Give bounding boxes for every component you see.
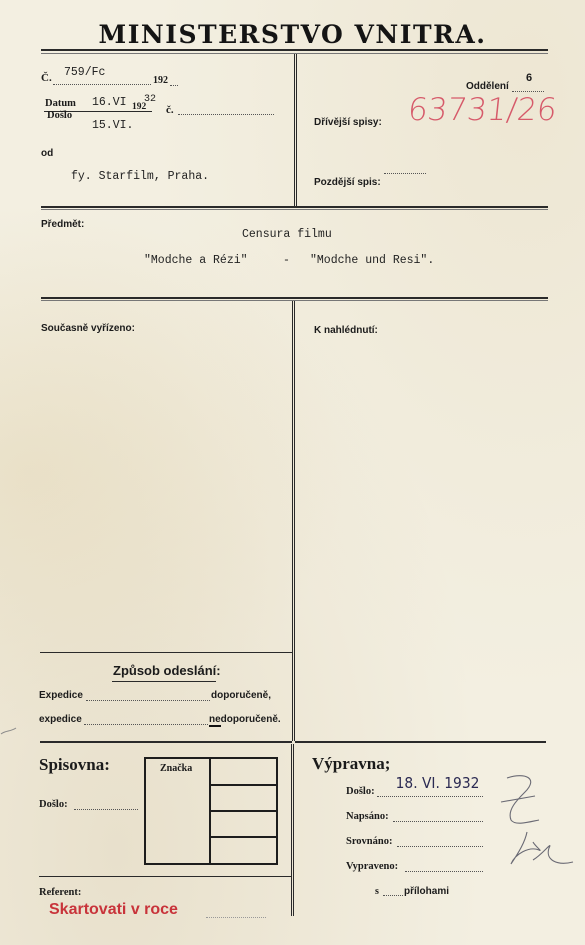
oddeleni-label: Oddělení <box>466 81 509 92</box>
sending-title: Způsob odeslání: <box>113 663 221 678</box>
prilohy-dots <box>383 895 403 896</box>
doslo-date-stamp: 18. VI. 1932 <box>396 774 480 792</box>
pozdejsi-dots <box>384 173 426 174</box>
drivejsi-spisy-label: Dřívější spisy: <box>314 117 382 128</box>
cislo-value: 759/Fc <box>64 66 105 79</box>
rule-referent <box>39 876 291 877</box>
subject-line-2-right: "Modche und Resi". <box>310 254 434 267</box>
od-value: fy. Starfilm, Praha. <box>71 170 209 183</box>
divider-bottom <box>291 744 292 916</box>
nedoporucene-suffix: doporučeně. <box>221 714 281 725</box>
od-label: od <box>41 148 53 159</box>
datum-value: 16.VI <box>92 96 127 109</box>
doporucene-option[interactable]: doporučeně, <box>211 690 271 701</box>
divider-bottom-b <box>293 744 294 916</box>
predmet-label: Předmět: <box>41 219 84 230</box>
divider-top <box>294 54 295 206</box>
prilohy-prefix: s <box>375 886 379 897</box>
napsano-dots <box>393 821 483 822</box>
doslo-label: Došlo <box>47 110 72 121</box>
spisovna-doslo-dots <box>74 809 138 810</box>
ministry-title: MINISTERSTVO VNITRA. <box>0 20 585 49</box>
rule-subject-top <box>41 206 548 208</box>
datum-c-dots <box>178 114 274 115</box>
znacka-row-4 <box>211 836 276 838</box>
expedice-label-2: expedice <box>39 714 82 725</box>
divider-middle <box>292 301 293 741</box>
datum-c-label: č. <box>166 104 174 116</box>
skartovati-dots <box>206 917 266 918</box>
datum-year-suffix: 32 <box>144 94 156 105</box>
srovnano-dots <box>397 846 483 847</box>
skartovati-label: Skartovati v roce <box>49 901 178 919</box>
znacka-row-3 <box>211 810 276 812</box>
k-nahlednuti-label: K nahlédnutí: <box>314 325 378 336</box>
srovnano-label: Srovnáno: <box>346 836 393 847</box>
rule-subject-bottom <box>41 297 548 299</box>
expedice-label-1: Expedice <box>39 690 83 701</box>
rule-bottom-left <box>40 741 292 743</box>
rule-subject-top-thin <box>41 209 548 210</box>
subject-line-2-sep: - <box>283 254 290 267</box>
pozdejsi-spis-label: Pozdější spis: <box>314 177 381 188</box>
subject-line-1: Censura filmu <box>242 228 332 241</box>
cislo-year-prefix: 192 <box>153 75 168 86</box>
vypraveno-label: Vypraveno: <box>346 861 398 872</box>
subject-line-2-left: "Modche a Rézi" <box>144 254 248 267</box>
referent-label: Referent: <box>39 887 81 898</box>
divider-top-b <box>296 54 297 206</box>
nedoporucene-prefix: ne <box>209 714 221 727</box>
drivejsi-spisy-value: 63731/26 <box>406 92 558 128</box>
prilohy-label: přílohami <box>404 886 449 897</box>
expedice-dots-1 <box>86 700 210 701</box>
doslo-value: 15.VI. <box>92 119 133 132</box>
margin-pencil-mark <box>0 720 20 740</box>
spisovna-title: Spisovna: <box>39 755 110 775</box>
vypravna-doslo-dots <box>377 796 483 797</box>
cislo-dots <box>53 84 151 85</box>
napsano-label: Napsáno: <box>346 811 389 822</box>
znacka-row-2 <box>211 784 276 786</box>
expedice-dots-2 <box>84 724 208 725</box>
divider-middle-b <box>294 301 295 741</box>
spisovna-doslo-label: Došlo: <box>39 799 68 810</box>
cislo-label: Č. <box>41 72 52 84</box>
vypraveno-dots <box>405 871 483 872</box>
soucasne-vyrizeno-label: Současně vyřízeno: <box>41 323 135 334</box>
vypravna-title: Výpravna; <box>312 754 390 774</box>
rule-sending-top <box>40 652 292 653</box>
znacka-label: Značka <box>160 763 192 774</box>
cislo-year-dots <box>170 85 178 86</box>
znacka-box: Značka <box>144 757 278 865</box>
oddeleni-value: 6 <box>526 72 532 84</box>
rule-bottom-right <box>295 741 546 743</box>
rule-top <box>41 49 548 51</box>
vypravna-doslo-label: Došlo: <box>346 786 375 797</box>
sending-title-underline <box>112 681 216 682</box>
handwritten-initials <box>495 770 580 870</box>
datum-label: Datum <box>45 98 76 109</box>
nedoporucene-option[interactable]: nedoporučeně. <box>209 714 281 725</box>
